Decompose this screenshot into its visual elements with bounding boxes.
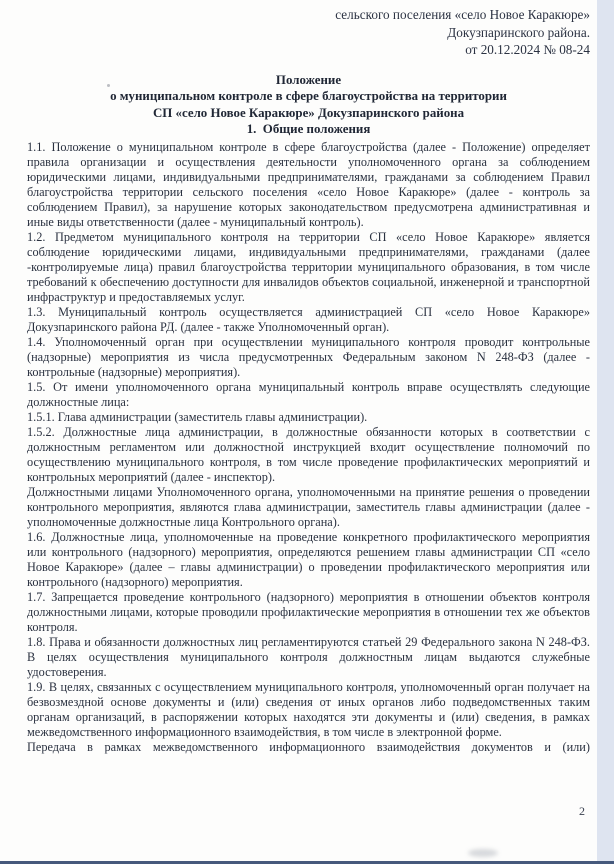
scan-artifact-smudge bbox=[468, 849, 498, 857]
title-line-3: СП «село Новое Каракюре» Докузпаринского… bbox=[27, 105, 590, 122]
document-page: сельского поселения «село Новое Каракюре… bbox=[0, 0, 614, 864]
paragraph-1-5-1: 1.5.1. Глава администрации (заместитель … bbox=[27, 410, 590, 425]
header-line-date-number: от 20.12.2024 № 08-24 bbox=[27, 41, 590, 59]
title-line-1: Положение bbox=[27, 72, 590, 89]
title-line-2: о муниципальном контроле в сфере благоус… bbox=[27, 88, 590, 105]
document-body: 1.1. Положение о муниципальном контроле … bbox=[27, 140, 590, 755]
header-line-district: Докузпаринского района. bbox=[27, 24, 590, 42]
header-line-settlement: сельского поселения «село Новое Каракюре… bbox=[27, 6, 590, 24]
paragraph-1-6: 1.6. Должностные лица, уполномоченные на… bbox=[27, 530, 590, 590]
paragraph-1-2: 1.2. Предметом муниципального контроля н… bbox=[27, 230, 590, 305]
page-number: 2 bbox=[579, 804, 585, 819]
paragraph-1-5: 1.5. От имени уполномоченного органа мун… bbox=[27, 380, 590, 410]
paragraph-1-1: 1.1. Положение о муниципальном контроле … bbox=[27, 140, 590, 230]
paragraph-1-4: 1.4. Уполномоченный орган при осуществле… bbox=[27, 335, 590, 380]
document-title: Положение о муниципальном контроле в сфе… bbox=[27, 72, 590, 138]
paragraph-1-3: 1.3. Муниципальный контроль осуществляет… bbox=[27, 305, 590, 335]
document-header: сельского поселения «село Новое Каракюре… bbox=[27, 6, 590, 59]
paragraph-1-9: 1.9. В целях, связанных с осуществлением… bbox=[27, 680, 590, 740]
scan-edge-band bbox=[597, 0, 614, 864]
paragraph-1-8: 1.8. Права и обязанности должностных лиц… bbox=[27, 635, 590, 680]
paragraph-1-7: 1.7. Запрещается проведение контрольного… bbox=[27, 590, 590, 635]
paragraph-1-5-2-continuation: Должностными лицами Уполномоченного орга… bbox=[27, 485, 590, 530]
page-content: сельского поселения «село Новое Каракюре… bbox=[27, 6, 590, 755]
paragraph-carryover-line: Передача в рамках межведомственного инфо… bbox=[27, 740, 590, 755]
section-heading-general-provisions: 1. Общие положения bbox=[27, 121, 590, 138]
paragraph-1-5-2: 1.5.2. Должностные лица администрации, в… bbox=[27, 425, 590, 485]
